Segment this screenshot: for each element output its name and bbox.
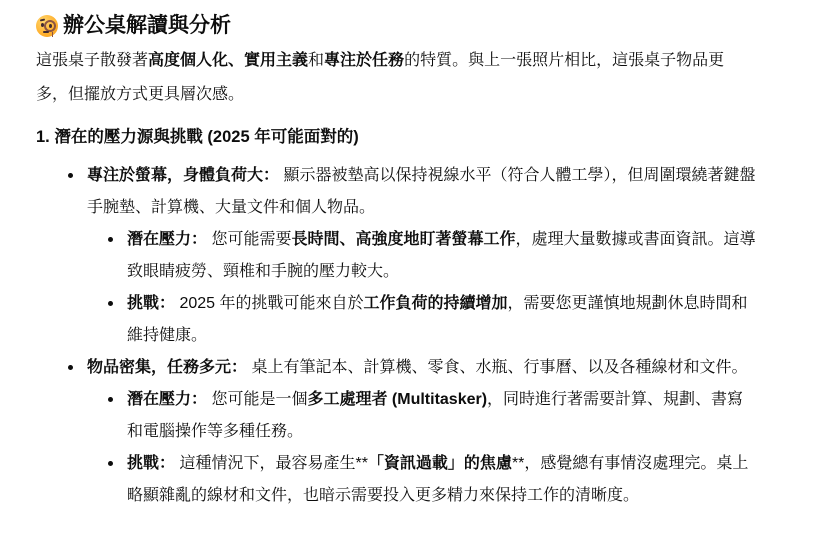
text-segment: 您可能是一個 bbox=[207, 391, 307, 408]
face-with-monocle-emoji bbox=[36, 15, 58, 37]
text-segment: 這張桌子散發著 bbox=[36, 52, 148, 69]
emoji-mouth bbox=[43, 31, 49, 33]
bold-segment: 工作負荷的持續增加 bbox=[364, 295, 508, 312]
document-page: 辦公桌解讀與分析 這張桌子散發著高度個人化、實用主義和專注於任務的特質。與上一張… bbox=[0, 0, 820, 546]
list-item: 挑戰： 這種情況下，最容易產生**「資訊過載」的焦慮**，感覺總有事情沒處理完。… bbox=[127, 448, 756, 512]
bold-segment: 高度個人化、實用主義 bbox=[148, 52, 308, 69]
section-heading: 1. 潛在的壓力源與挑戰 (2025 年可能面對的) bbox=[36, 122, 756, 152]
bold-segment: 專注於任務 bbox=[324, 52, 404, 69]
nested-bullet-list: 潛在壓力： 您可能是一個多工處理者 (Multitasker)，同時進行著需要計… bbox=[87, 384, 756, 512]
bold-segment: 潛在壓力： bbox=[127, 391, 207, 408]
list-item: 潛在壓力： 您可能需要長時間、高強度地盯著螢幕工作，處理大量數據或書面資訊。這導… bbox=[127, 224, 756, 288]
bold-segment: 物品密集，任務多元： bbox=[87, 359, 247, 376]
bullet-icon bbox=[108, 461, 113, 466]
bold-segment: 挑戰： bbox=[127, 455, 175, 472]
text-segment: 您可能需要 bbox=[207, 231, 291, 248]
emoji-eyebrow bbox=[40, 19, 45, 22]
text-segment: 這種情況下，最容易產生** bbox=[175, 455, 368, 472]
page-title: 辦公桌解讀與分析 bbox=[36, 12, 756, 40]
list-item: 潛在壓力： 您可能是一個多工處理者 (Multitasker)，同時進行著需要計… bbox=[127, 384, 756, 448]
bullet-icon bbox=[108, 301, 113, 306]
nested-bullet-list: 潛在壓力： 您可能需要長時間、高強度地盯著螢幕工作，處理大量數據或書面資訊。這導… bbox=[87, 224, 756, 352]
page-title-text: 辦公桌解讀與分析 bbox=[63, 12, 231, 40]
list-item: 挑戰： 2025 年的挑戰可能來自於工作負荷的持續增加，需要您更謹慎地規劃休息時… bbox=[127, 288, 756, 352]
text-segment: 2025 年的挑戰可能來自於 bbox=[175, 295, 364, 312]
emoji-right-eye bbox=[49, 24, 52, 28]
list-item: 專注於螢幕，身體負荷大： 顯示器被墊高以保持視線水平（符合人體工學），但周圍環繞… bbox=[87, 160, 756, 352]
bullet-list: 專注於螢幕，身體負荷大： 顯示器被墊高以保持視線水平（符合人體工學），但周圍環繞… bbox=[36, 160, 756, 512]
bold-segment: 潛在壓力： bbox=[127, 231, 207, 248]
bullet-icon bbox=[108, 397, 113, 402]
bullet-icon bbox=[108, 237, 113, 242]
bold-segment: 多工處理者 (Multitasker) bbox=[307, 391, 487, 408]
text-segment: 桌上有筆記本、計算機、零食、水瓶、行事曆、以及各種線材和文件。 bbox=[247, 359, 747, 376]
emoji-monocle-cord bbox=[52, 32, 53, 37]
bullet-icon bbox=[68, 173, 73, 178]
bold-segment: 挑戰： bbox=[127, 295, 175, 312]
bullet-icon bbox=[68, 365, 73, 370]
bold-segment: 專注於螢幕，身體負荷大： bbox=[87, 167, 279, 184]
bold-segment: 長時間、高強度地盯著螢幕工作 bbox=[291, 231, 515, 248]
bold-segment: 「資訊過載」的焦慮 bbox=[368, 455, 512, 472]
list-item: 物品密集，任務多元： 桌上有筆記本、計算機、零食、水瓶、行事曆、以及各種線材和文… bbox=[87, 352, 756, 512]
text-segment: 和 bbox=[308, 52, 324, 69]
intro-paragraph: 這張桌子散發著高度個人化、實用主義和專注於任務的特質。與上一張照片相比，這張桌子… bbox=[36, 44, 756, 112]
